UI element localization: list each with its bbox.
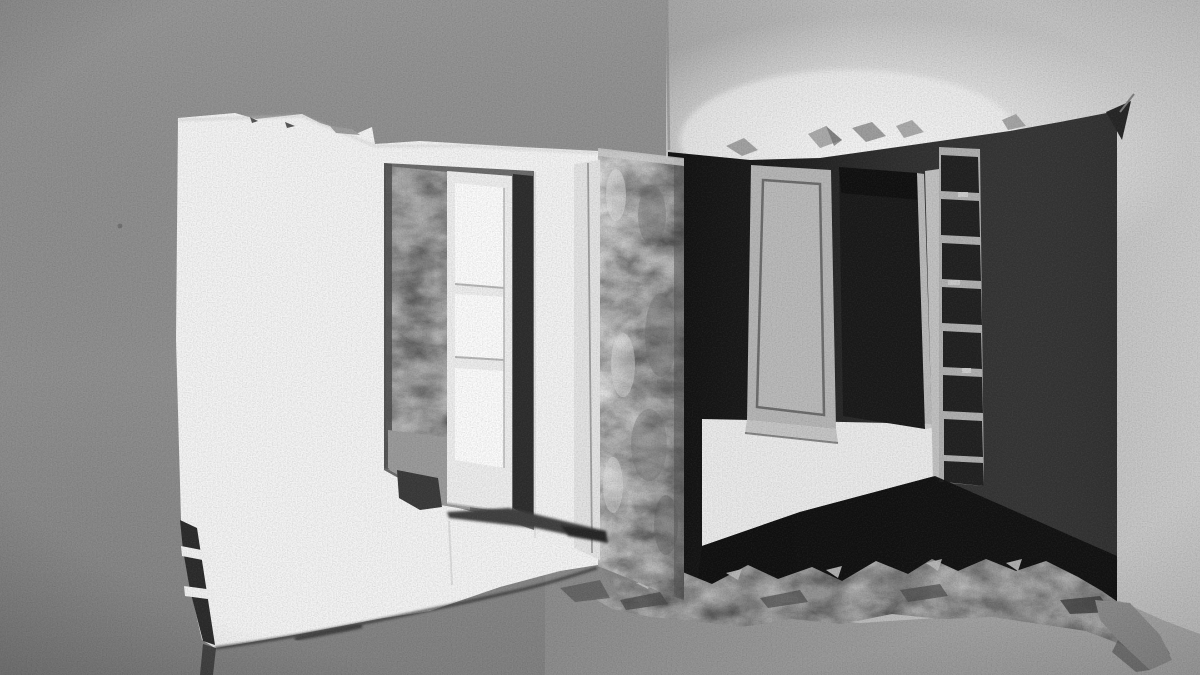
photograph — [0, 0, 1200, 675]
photo-stage — [0, 0, 1200, 675]
film-grain — [0, 0, 1200, 675]
